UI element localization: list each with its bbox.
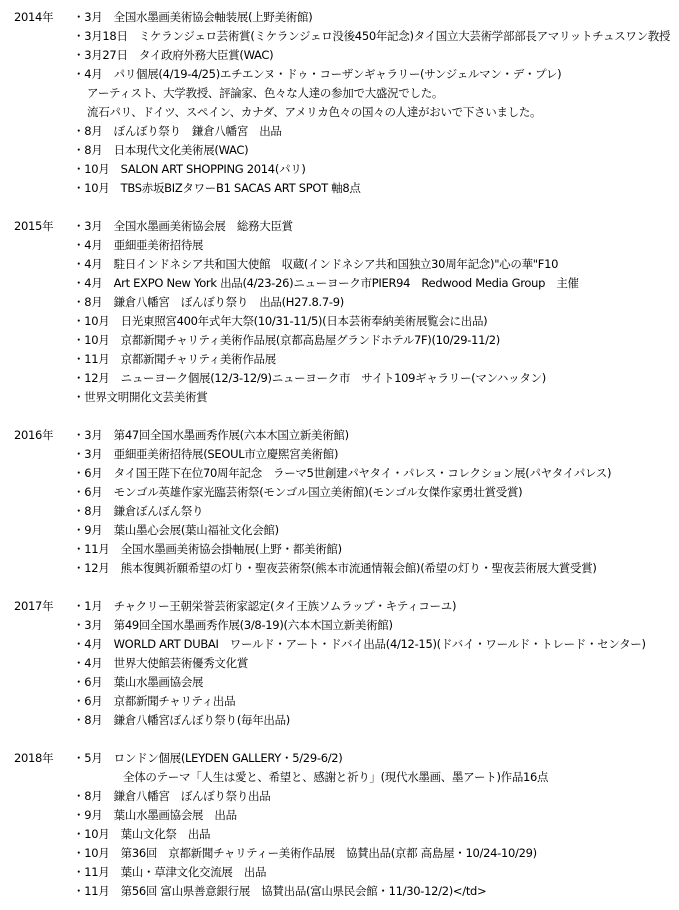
history-entry-continuation: アーティスト、大学教授、評論家、色々な人達の参加で大盛況でした。 bbox=[73, 84, 679, 103]
year-block-2014: 2014年 ・3月 全国水墨画美術協会軸装展(上野美術館) ・3月18日 ミケラ… bbox=[0, 8, 679, 198]
year-block-2015: 2015年 ・3月 全国水墨画美術協会展 総務大臣賞 ・4月 亜細亜美術招待展 … bbox=[0, 217, 679, 407]
history-entry: ・10月 葉山文化祭 出品 bbox=[73, 825, 679, 844]
history-entry: ・3月 第47回全国水墨画秀作展(六本木国立新美術館) bbox=[73, 426, 679, 445]
history-entry: ・11月 第56回 富山県善意銀行展 協賛出品(富山県民会館・11/30-12/… bbox=[73, 882, 679, 901]
history-entry: ・3月 全国水墨画美術協会軸装展(上野美術館) bbox=[73, 8, 679, 27]
history-entry: ・3月 全国水墨画美術協会展 総務大臣賞 bbox=[73, 217, 679, 236]
history-entry-continuation: 流石パリ、ドイツ、スペイン、カナダ、アメリカ色々の国々の人達がおいで下さいました… bbox=[73, 103, 679, 122]
history-entry: ・10月 TBS赤坂BIZタワーB1 SACAS ART SPOT 軸8点 bbox=[73, 179, 679, 198]
history-entry: ・4月 駐日インドネシア共和国大使館 収蔵(インドネシア共和国独立30周年記念)… bbox=[73, 255, 679, 274]
year-label: 2015年 bbox=[14, 217, 69, 236]
history-entry: ・4月 WORLD ART DUBAI ワールド・アート・ドバイ出品(4/12-… bbox=[73, 635, 679, 654]
history-entry: ・10月 日光東照宮400年式年大祭(10/31-11/5)(日本芸術奉納美術展… bbox=[73, 312, 679, 331]
year-label: 2018年 bbox=[14, 749, 69, 768]
year-entries: ・3月 第47回全国水墨画秀作展(六本木国立新美術館) ・3月 亜細亜美術招待展… bbox=[73, 426, 679, 578]
exhibition-history: 2014年 ・3月 全国水墨画美術協会軸装展(上野美術館) ・3月18日 ミケラ… bbox=[0, 0, 679, 901]
history-entry: ・11月 葉山・草津文化交流展 出品 bbox=[73, 863, 679, 882]
year-entries: ・1月 チャクリー王朝栄誉芸術家認定(タイ王族ソムラップ・キティコーユ) ・3月… bbox=[73, 597, 679, 730]
history-entry: ・4月 世界大使館芸術優秀文化賞 bbox=[73, 654, 679, 673]
year-block-2016: 2016年 ・3月 第47回全国水墨画秀作展(六本木国立新美術館) ・3月 亜細… bbox=[0, 426, 679, 578]
history-entry: ・6月 モンゴル英雄作家光臨芸術祭(モンゴル国立美術館)(モンゴル女傑作家勇壮賞… bbox=[73, 483, 679, 502]
year-label: 2017年 bbox=[14, 597, 69, 616]
history-entry: ・12月 ニューヨーク個展(12/3-12/9)ニューヨーク市 サイト109ギャ… bbox=[73, 369, 679, 388]
history-entry: ・11月 京都新聞チャリティ美術作品展 bbox=[73, 350, 679, 369]
history-entry-continuation: 全体のテーマ「人生は愛と、希望と、感謝と祈り」(現代水墨画、墨アート)作品16点 bbox=[73, 768, 679, 787]
history-entry: ・8月 鎌倉八幡宮ぼんぼり祭り(毎年出品) bbox=[73, 711, 679, 730]
year-entries: ・3月 全国水墨画美術協会軸装展(上野美術館) ・3月18日 ミケランジェロ芸術… bbox=[73, 8, 679, 198]
history-entry: ・4月 パリ個展(4/19-4/25)エチエンヌ・ドゥ・コーザンギャラリー(サン… bbox=[73, 65, 679, 84]
history-entry: ・8月 日本現代文化美術展(WAC) bbox=[73, 141, 679, 160]
history-entry: ・3月27日 タイ政府外務大臣賞(WAC) bbox=[73, 46, 679, 65]
year-block-2017: 2017年 ・1月 チャクリー王朝栄誉芸術家認定(タイ王族ソムラップ・キティコー… bbox=[0, 597, 679, 730]
history-entry: ・5月 ロンドン個展(LEYDEN GALLERY・5/29-6/2) bbox=[73, 749, 679, 768]
history-entry: ・11月 全国水墨画美術協会掛軸展(上野・都美術館) bbox=[73, 540, 679, 559]
year-entries: ・5月 ロンドン個展(LEYDEN GALLERY・5/29-6/2) 全体のテ… bbox=[73, 749, 679, 901]
history-entry: ・8月 鎌倉ぼんぼん祭り bbox=[73, 502, 679, 521]
history-entry: ・12月 熊本復興祈願希望の灯り・聖夜芸術祭(熊本市流通情報会館)(希望の灯り・… bbox=[73, 559, 679, 578]
history-entry: ・8月 ぼんぼり祭り 鎌倉八幡宮 出品 bbox=[73, 122, 679, 141]
history-entry: ・10月 京都新聞チャリティ美術作品展(京都高島屋グランドホテル7F)(10/2… bbox=[73, 331, 679, 350]
year-label: 2014年 bbox=[14, 8, 69, 27]
history-entry: ・6月 タイ国王陛下在位70周年記念 ラーマ5世創建パヤタイ・パレス・コレクショ… bbox=[73, 464, 679, 483]
history-entry: ・8月 鎌倉八幡宮 ぼんぼり祭り出品 bbox=[73, 787, 679, 806]
year-label: 2016年 bbox=[14, 426, 69, 445]
history-entry: ・8月 鎌倉八幡宮 ぼんぼり祭り 出品(H27.8.7-9) bbox=[73, 293, 679, 312]
history-entry: ・4月 Art EXPO New York 出品(4/23-26)ニューヨーク市… bbox=[73, 274, 679, 293]
history-entry: ・6月 葉山水墨画協会展 bbox=[73, 673, 679, 692]
history-entry: ・6月 京都新聞チャリティ出品 bbox=[73, 692, 679, 711]
history-entry: ・9月 葉山水墨画協会展 出品 bbox=[73, 806, 679, 825]
history-entry: ・3月 第49回全国水墨画秀作展(3/8-19)(六本木国立新美術館) bbox=[73, 616, 679, 635]
history-entry: ・10月 第36回 京都新聞チャリティー美術作品展 協賛出品(京都 高島屋・10… bbox=[73, 844, 679, 863]
history-entry: ・1月 チャクリー王朝栄誉芸術家認定(タイ王族ソムラップ・キティコーユ) bbox=[73, 597, 679, 616]
history-entry: ・4月 亜細亜美術招待展 bbox=[73, 236, 679, 255]
history-entry: ・10月 SALON ART SHOPPING 2014(パリ) bbox=[73, 160, 679, 179]
year-entries: ・3月 全国水墨画美術協会展 総務大臣賞 ・4月 亜細亜美術招待展 ・4月 駐日… bbox=[73, 217, 679, 407]
history-entry: ・9月 葉山墨心会展(葉山福祉文化会館) bbox=[73, 521, 679, 540]
history-entry: ・3月18日 ミケランジェロ芸術賞(ミケランジェロ没後450年記念)タイ国立大芸… bbox=[73, 27, 679, 46]
year-block-2018: 2018年 ・5月 ロンドン個展(LEYDEN GALLERY・5/29-6/2… bbox=[0, 749, 679, 901]
history-entry: ・世界文明開化文芸美術賞 bbox=[73, 388, 679, 407]
history-entry: ・3月 亜細亜美術招待展(SEOUL市立慶煕宮美術館) bbox=[73, 445, 679, 464]
